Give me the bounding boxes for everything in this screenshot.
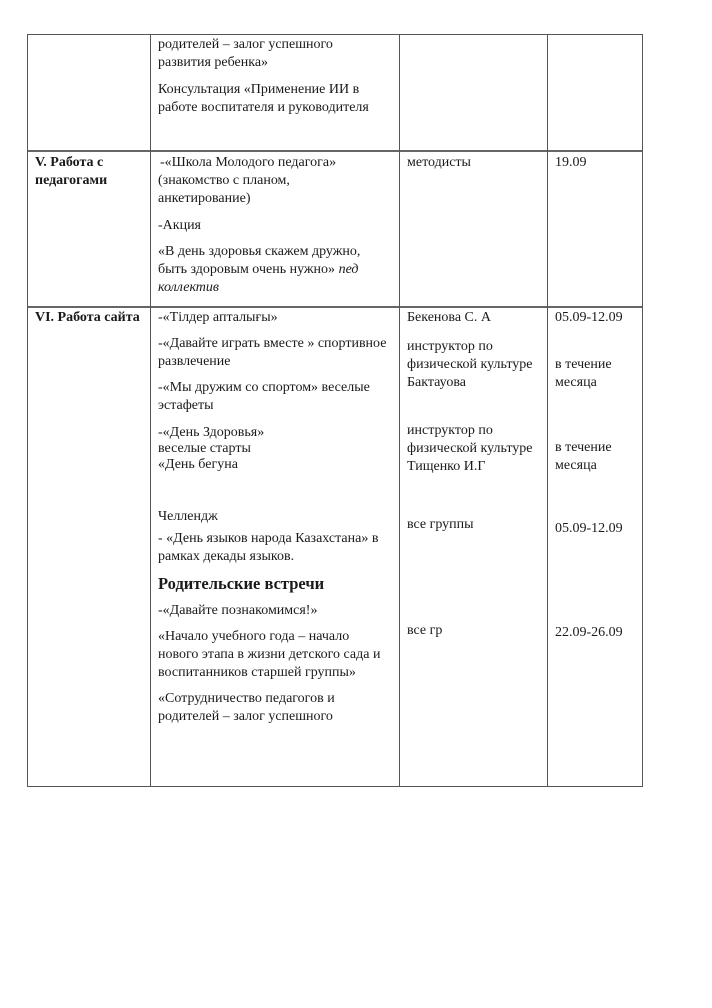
activity-text: «Сотрудничество педагогов и <box>158 690 335 708</box>
activity-text-italic: пед <box>339 262 359 277</box>
date-text: месяца <box>555 457 597 475</box>
column-divider <box>547 34 548 786</box>
column-divider <box>399 34 400 786</box>
activity-text: -«Мы дружим со спортом» веселые <box>158 379 370 397</box>
column-divider <box>27 34 28 786</box>
activity-text-italic: коллектив <box>158 279 219 297</box>
responsible-text: Тищенко И.Г <box>407 458 485 476</box>
activity-text: Консультация «Применение ИИ в <box>158 81 359 99</box>
activity-text: -«Тілдер апталығы» <box>158 309 278 327</box>
date-text: 05.09-12.09 <box>555 520 623 538</box>
row-divider <box>27 150 643 152</box>
activity-text: эстафеты <box>158 397 214 415</box>
table-top-border <box>27 34 643 35</box>
column-divider <box>150 34 151 786</box>
column-divider <box>642 34 643 786</box>
activity-text: - «День языков народа Казахстана» в <box>158 530 378 548</box>
activity-text: развития ребенка» <box>158 54 268 72</box>
activity-text: «День бегуна <box>158 456 238 474</box>
activity-text: нового этапа в жизни детского сада и <box>158 646 380 664</box>
document-page: родителей – залог успешного развития реб… <box>0 0 712 1008</box>
responsible-text: Бекенова С. А <box>407 309 491 327</box>
responsible-text: все гр <box>407 622 442 640</box>
row-divider <box>27 306 643 308</box>
activity-text: «В день здоровья скажем дружно, <box>158 243 360 261</box>
activity-text: анкетирование) <box>158 190 250 208</box>
activity-text: «Начало учебного года – начало <box>158 628 349 646</box>
activity-text: воспитанников старшей группы» <box>158 664 356 682</box>
responsible-text: методисты <box>407 154 471 172</box>
responsible-text: инструктор по <box>407 338 493 356</box>
section-title: педагогами <box>35 172 107 190</box>
section-title: V. Работа с <box>35 154 103 172</box>
responsible-text: физической культуре <box>407 440 532 458</box>
date-text: 19.09 <box>555 154 587 172</box>
activity-text-main: быть здоровым очень нужно» <box>158 262 335 277</box>
date-text: месяца <box>555 374 597 392</box>
date-text: 22.09-26.09 <box>555 624 623 642</box>
activity-text: быть здоровым очень нужно» пед <box>158 261 359 279</box>
activity-text: -«Школа Молодого педагога» <box>160 154 336 172</box>
activity-text: родителей – залог успешного <box>158 36 333 54</box>
activity-text: развлечение <box>158 353 230 371</box>
activity-text: -«Давайте познакомимся!» <box>158 602 317 620</box>
date-text: 05.09-12.09 <box>555 309 623 327</box>
responsible-text: все группы <box>407 516 474 534</box>
date-text: в течение <box>555 356 612 374</box>
activity-text: работе воспитателя и руководителя <box>158 99 369 117</box>
activity-text: Челлендж <box>158 508 218 526</box>
activity-text: (знакомство с планом, <box>158 172 290 190</box>
section-title: VI. Работа сайта <box>35 309 140 327</box>
activity-text: -Акция <box>158 217 201 235</box>
table-bottom-border <box>27 786 643 787</box>
activity-text: родителей – залог успешного <box>158 708 333 726</box>
subsection-heading: Родительские встречи <box>158 574 324 594</box>
responsible-text: физической культуре <box>407 356 532 374</box>
activity-text: -«Давайте играть вместе » спортивное <box>158 335 386 353</box>
date-text: в течение <box>555 439 612 457</box>
responsible-text: Бактауова <box>407 374 466 392</box>
activity-text: рамках декады языков. <box>158 548 294 566</box>
responsible-text: инструктор по <box>407 422 493 440</box>
